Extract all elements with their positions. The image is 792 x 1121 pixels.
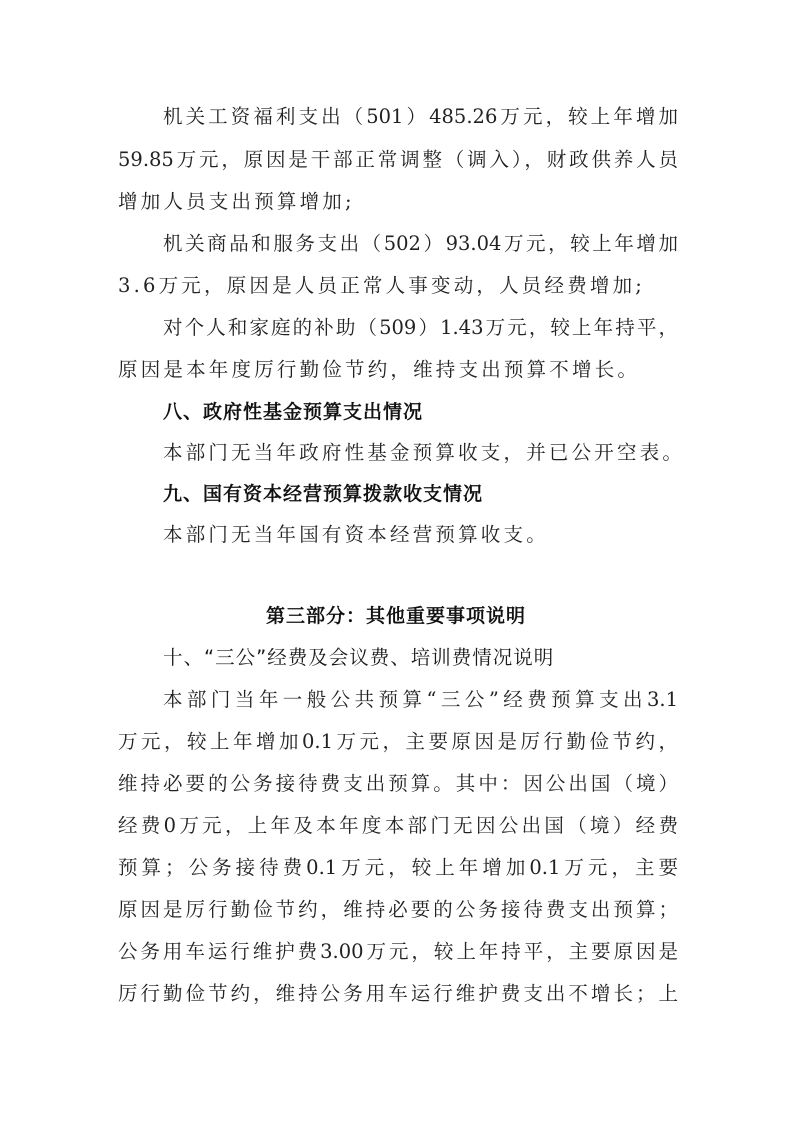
paragraph-line: 3.6万元，原因是人员正常人事变动，人员经费增加; <box>118 266 678 306</box>
document-page: 机关工资福利支出（501）485.26万元，较上年增加 59.85万元，原因是干… <box>0 0 792 1121</box>
section-body-8: 本部门无当年政府性基金预算收支，并已公开空表。 <box>163 433 678 473</box>
paragraph-line: 机关工资福利支出（501）485.26万元，较上年增加 <box>163 97 678 137</box>
paragraph-line: 59.85万元，原因是干部正常调整（调入），财政供养人员 <box>118 140 678 180</box>
section-heading-10: 十、“三公”经费及会议费、培训费情况说明 <box>163 638 554 678</box>
section-body-9: 本部门无当年国有资本经营预算收支。 <box>163 515 678 555</box>
paragraph-line: 增加人员支出预算增加; <box>118 182 678 222</box>
paragraph-line: 对个人和家庭的补助（509）1.43万元，较上年持平， <box>163 308 678 348</box>
paragraph-line: 万元，较上年增加0.1万元，主要原因是厉行勤俭节约， <box>118 722 678 762</box>
paragraph-line: 预算；公务接待费0.1万元，较上年增加0.1万元，主要 <box>118 848 678 888</box>
section-heading-8: 八、政府性基金预算支出情况 <box>163 392 423 432</box>
paragraph-line: 经费0万元，上年及本年度本部门无因公出国（境）经费 <box>118 806 678 846</box>
paragraph-line: 原因是厉行勤俭节约，维持必要的公务接待费支出预算； <box>118 890 678 930</box>
paragraph-line: 公务用车运行维护费3.00万元，较上年持平，主要原因是 <box>118 932 678 972</box>
paragraph-line: 机关商品和服务支出（502）93.04万元，较上年增加 <box>163 224 678 264</box>
paragraph-line: 本部门当年一般公共预算“三公”经费预算支出3.1 <box>163 680 678 720</box>
section-heading-9: 九、国有资本经营预算拨款收支情况 <box>163 474 483 514</box>
paragraph-line: 维持必要的公务接待费支出预算。其中：因公出国（境） <box>118 764 678 804</box>
paragraph-line: 厉行勤俭节约，维持公务用车运行维护费支出不增长；上 <box>118 974 678 1014</box>
paragraph-line: 原因是本年度厉行勤俭节约，维持支出预算不增长。 <box>118 350 678 390</box>
part-title: 第三部分：其他重要事项说明 <box>0 596 792 636</box>
